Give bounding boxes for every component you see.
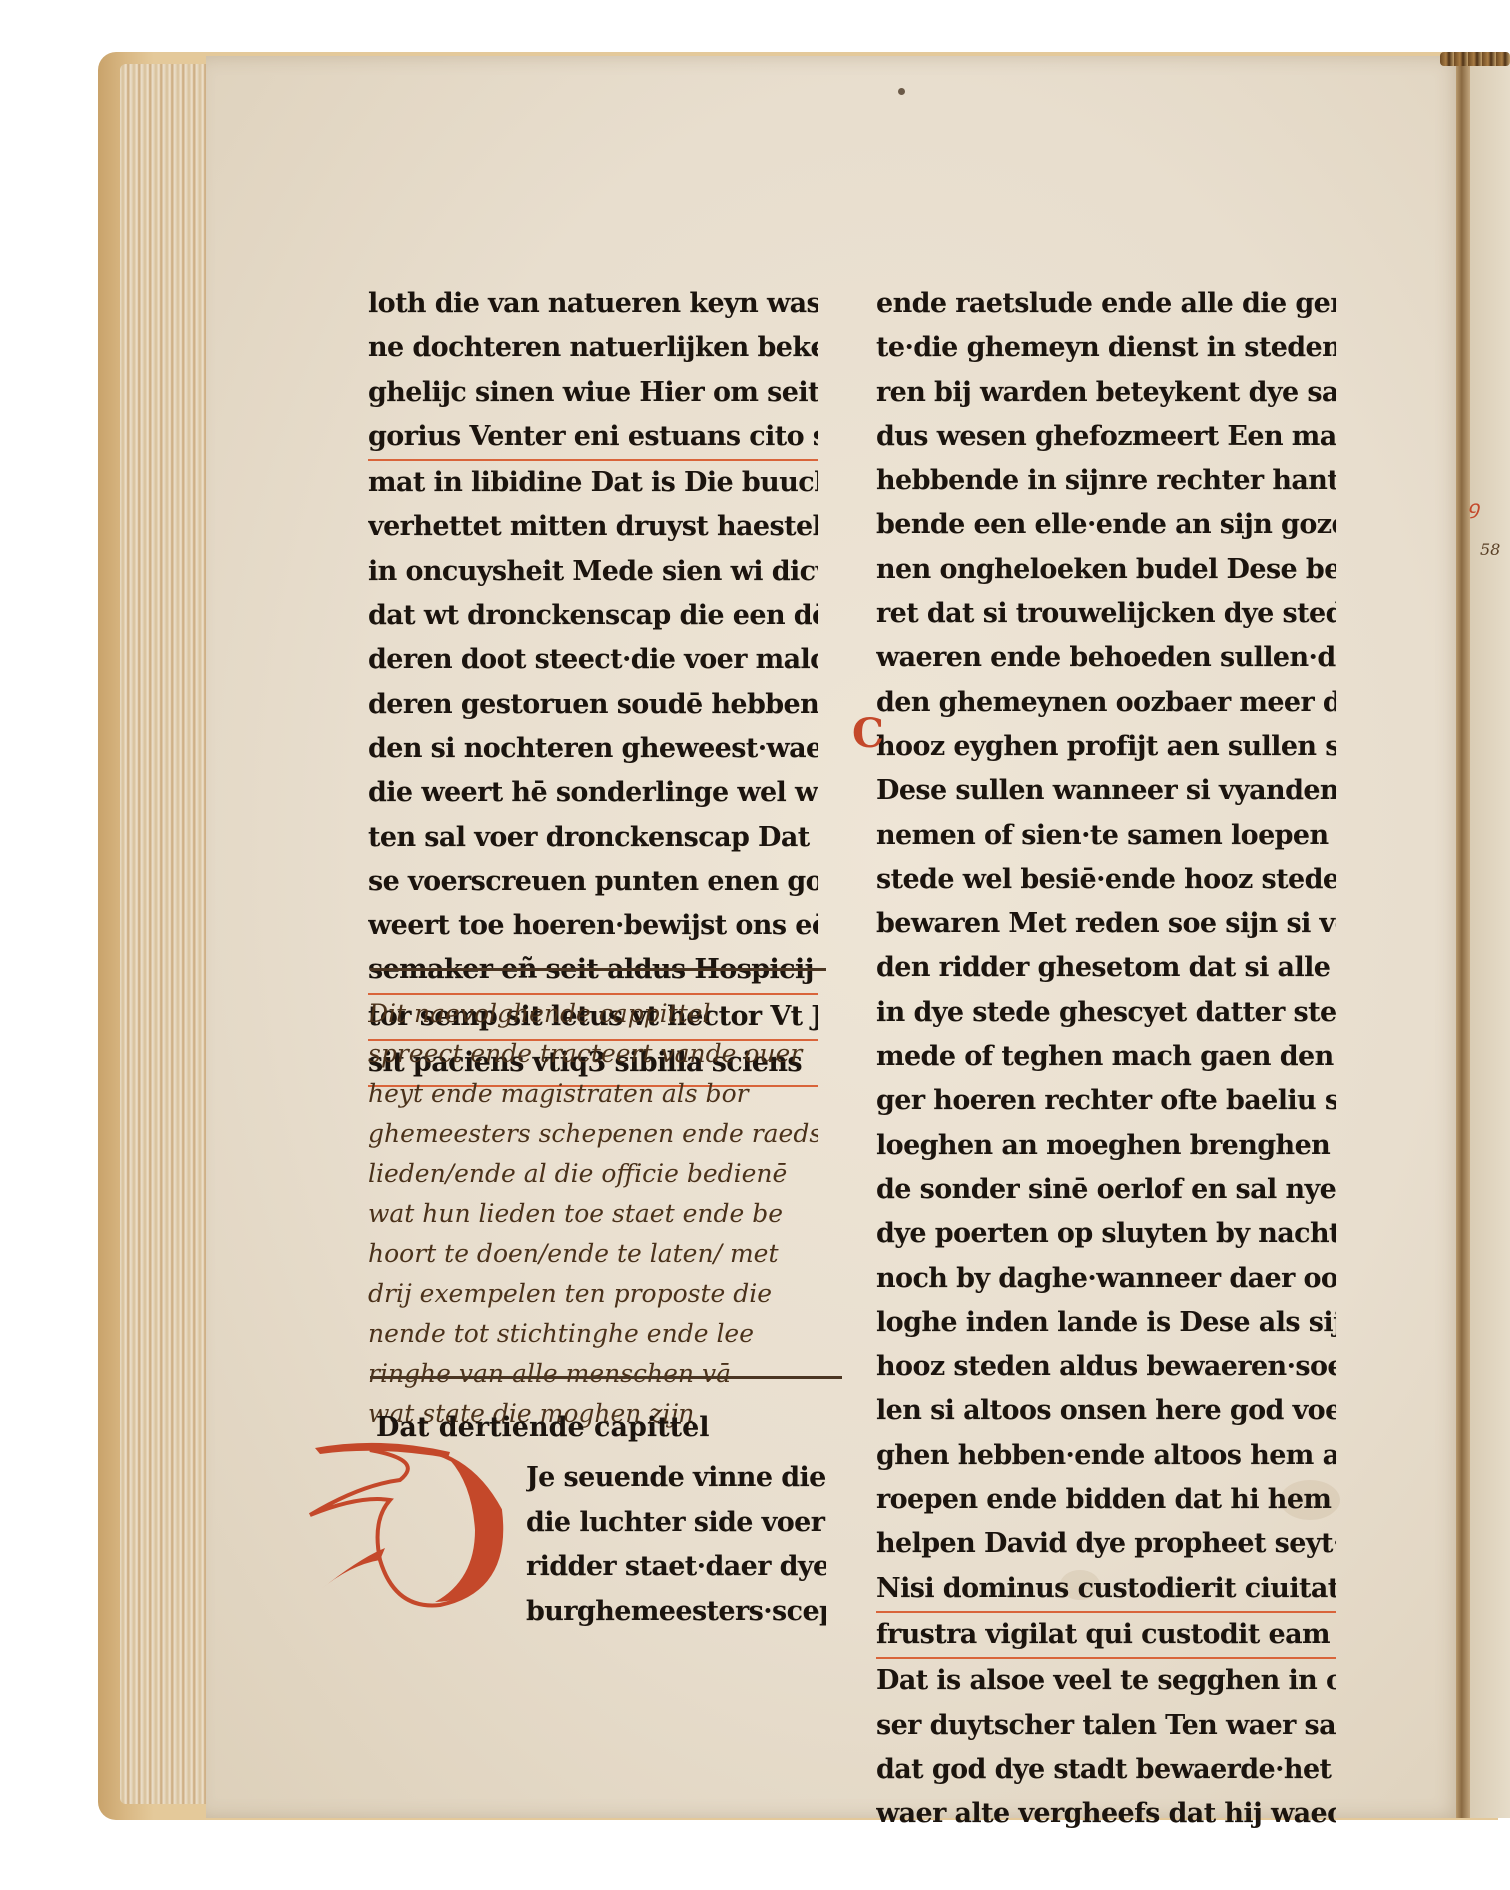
text-line: die weert hē sonderlinge wel wach — [368, 771, 818, 815]
text-line: dye poerten op sluyten by nachte — [876, 1212, 1336, 1256]
gutter — [1456, 60, 1470, 1818]
text-line: ren bij warden beteykent dye sal al — [876, 371, 1336, 415]
text-line: dat wt dronckenscap die een dē an — [368, 594, 818, 638]
text-line: ende raetslude ende alle die gemeÿ- — [876, 282, 1336, 326]
text-line: dat god dye stadt bewaerde·het — [876, 1748, 1336, 1792]
text-line: frustra vigilat qui custodit eam — [876, 1613, 1336, 1659]
text-line: den ghemeynen oozbaer meer dan — [876, 681, 1336, 725]
left-column: loth die van natueren keyn was si- ne do… — [368, 282, 818, 1087]
text-line: in dye stede ghescyet datter stede — [876, 991, 1336, 1035]
handwritten-line: wat hun lieden toe staet ende be — [368, 1194, 818, 1234]
text-line: hebbende in sijnre rechter hant heb — [876, 459, 1336, 503]
frayed-headcap — [1440, 52, 1510, 66]
text-line: loth die van natueren keyn was si- — [368, 282, 818, 326]
chapter-heading: Dat dertiende capittel — [376, 1412, 710, 1443]
handwritten-line: spreect ende tracteert vande ouer — [368, 1034, 818, 1074]
text-line: bende een elle·ende an sijn gozdel e- — [876, 503, 1336, 547]
text-line: nen ongheloeken budel Dese behoe — [876, 548, 1336, 592]
folio-number: 58 — [1480, 540, 1500, 559]
text-line: stede wel besiē·ende hooz stede wel — [876, 858, 1336, 902]
text-line: ne dochteren natuerlijken bekende — [368, 326, 818, 370]
text-line: ghen hebben·ende altoos hem aen- — [876, 1434, 1336, 1478]
text-line: te·die ghemeyn dienst in steden voe — [876, 326, 1336, 370]
text-line: helpen David dye propheet seyt· — [876, 1522, 1336, 1566]
handwritten-line: heyt ende magistraten als bor — [368, 1074, 818, 1114]
text-line: loghe inden lande is Dese als sij — [876, 1301, 1336, 1345]
paragraph-mark-icon: C — [852, 710, 884, 757]
text-line: waeren ende behoeden sullen·dat si — [876, 636, 1336, 680]
text-line: roepen ende bidden dat hi hem wil — [876, 1478, 1336, 1522]
marginal-rubric-note: ꝰ — [1465, 490, 1477, 533]
text-line: Dese sullen wanneer si vyanden ō- — [876, 769, 1336, 813]
handwritten-line: ghemeesters schepenen ende raeds — [368, 1114, 818, 1154]
text-line: noch by daghe·wanneer daer ooz- — [876, 1257, 1336, 1301]
paper-speck — [898, 88, 905, 95]
handwritten-line: Dit naevolghende cappittel — [368, 994, 818, 1034]
text-line: nemen of sien·te samen loepen dye — [876, 814, 1336, 858]
text-line: ridder staet·daer dye — [526, 1545, 826, 1590]
handwritten-line: nende tot stichtinghe ende lee — [368, 1314, 818, 1354]
text-line: hooz eyghen profijt aen sullen sien· — [876, 725, 1336, 769]
rubricated-initial-d-icon — [300, 1440, 530, 1610]
text-line: ger hoeren rechter ofte baeliu sond — [876, 1079, 1336, 1123]
text-line: den si nochteren gheweest·waer ō — [368, 727, 818, 771]
chapter-opening: Je seuende vinne die an die luchter side… — [526, 1456, 826, 1634]
manuscript-insert: Dit naevolghende cappittel spreect ende … — [368, 994, 818, 1434]
text-line: se voerscreuen punten enen goeden — [368, 860, 818, 904]
text-line: loeghen an moeghen brenghen Me — [876, 1124, 1336, 1168]
handwritten-line: lieden/ende al die officie bedienē — [368, 1154, 818, 1194]
text-line: gorius Venter eni estuans cito spu — [368, 415, 818, 461]
text-line: deren gestoruen soudē hebben·had — [368, 683, 818, 727]
text-line: weert toe hoeren·bewijst ons eē ver — [368, 904, 818, 948]
ink-rule-top — [370, 968, 826, 971]
text-line: mat in libidine Dat is Die buuck — [368, 461, 818, 505]
text-line: dus wesen ghefozmeert Een man — [876, 415, 1336, 459]
right-column: ende raetslude ende alle die gemeÿ- te·d… — [876, 282, 1336, 1836]
handwritten-line: ringhe van alle menschen vā — [368, 1354, 818, 1394]
handwritten-line: drij exempelen ten proposte die — [368, 1274, 818, 1314]
text-line: Nisi dominus custodierit ciuitatem — [876, 1567, 1336, 1613]
text-line: die luchter side voer dē — [526, 1501, 826, 1546]
text-line: den ridder ghesetom dat si alle dat — [876, 946, 1336, 990]
book-photograph: loth die van natueren keyn was si- ne do… — [0, 0, 1510, 1890]
text-line: ghelijc sinen wiue Hier om seit gre- — [368, 371, 818, 415]
text-line: len si altoos onsen here god voer o- — [876, 1389, 1336, 1433]
text-line: deren doot steect·die voer malcan- — [368, 638, 818, 682]
text-line: bewaren Met reden soe sijn si voer — [876, 902, 1336, 946]
text-line: mede of teghen mach gaen den rid- — [876, 1035, 1336, 1079]
page-fore-edge — [120, 64, 206, 1804]
text-line: ten sal voer dronckenscap Dat de- — [368, 816, 818, 860]
facing-page-edge — [1470, 62, 1510, 1818]
text-line: in oncuysheit Mede sien wi dicwijl — [368, 550, 818, 594]
text-line: Je seuende vinne die an — [526, 1456, 826, 1501]
text-line: semaker eñ seit aldus Hospicij rec- — [368, 948, 818, 994]
text-line: Dat is alsoe veel te segghen in on- — [876, 1659, 1336, 1703]
text-line: burghemeesters·scepen — [526, 1590, 826, 1635]
text-line: ser duytscher talen Ten waer sake — [876, 1704, 1336, 1748]
text-line: ret dat si trouwelijcken dye stede ō — [876, 592, 1336, 636]
text-line: hooz steden aldus bewaeren·soe sel — [876, 1345, 1336, 1389]
text-line: waer alte vergheefs dat hij waecte — [876, 1792, 1336, 1836]
text-line: de sonder sinē oerlof en sal nyemāt — [876, 1168, 1336, 1212]
ink-rule-bottom — [370, 1376, 842, 1379]
text-line: verhettet mitten druyst haesteliken — [368, 505, 818, 549]
handwritten-line: hoort te doen/ende te laten/ met — [368, 1234, 818, 1274]
